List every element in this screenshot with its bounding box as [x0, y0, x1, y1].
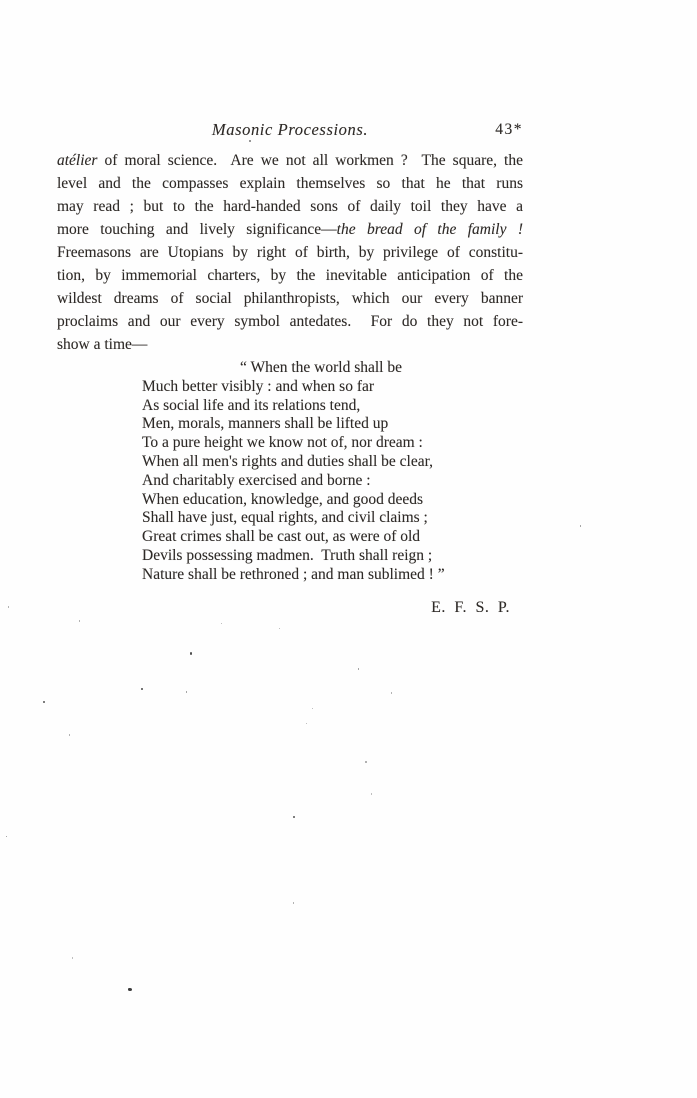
poem-line: Nature shall be rethroned ; and man subl…	[142, 566, 492, 585]
scan-speck	[365, 761, 367, 763]
scan-speck	[186, 691, 187, 693]
line-text: wildest dreams of social philanthropists…	[57, 290, 523, 307]
paragraph-line: Freemasons are Utopians by right of birt…	[57, 241, 523, 264]
italic-lead-word: atélier	[57, 152, 97, 169]
poem-line: When all men's rights and duties shall b…	[142, 453, 492, 472]
scan-speck	[72, 957, 73, 959]
scan-speck	[6, 836, 7, 837]
paragraph-line: proclaims and our every symbol antedates…	[57, 310, 523, 333]
scan-speck	[221, 623, 222, 624]
scan-speck	[128, 988, 132, 991]
paragraph-line: level and the compasses explain themselv…	[57, 172, 523, 195]
poem-line: When education, knowledge, and good deed…	[142, 491, 492, 510]
line-text: may read ; but to the hard-handed sons o…	[57, 198, 523, 215]
scan-speck	[69, 734, 70, 736]
scan-speck	[371, 793, 372, 795]
poem-line: Devils possessing madmen. Truth shall re…	[142, 547, 492, 566]
author-initials: E. F. S. P.	[57, 599, 523, 617]
paragraph-line: more touching and lively significance—th…	[57, 218, 523, 241]
scan-speck	[293, 902, 294, 904]
page-header: Masonic Processions. 43*	[57, 120, 523, 142]
scan-speck	[580, 525, 581, 527]
line-text: proclaims and our every symbol antedates…	[57, 313, 523, 330]
scan-speck	[306, 723, 307, 724]
poem-quotation: “ When the world shall be Much better vi…	[142, 359, 492, 585]
scan-speck	[249, 140, 251, 142]
scan-speck	[358, 668, 359, 670]
line-text: more touching and lively significance—	[57, 221, 337, 238]
scan-speck	[312, 708, 313, 709]
scan-speck	[79, 620, 80, 622]
page-number: 43*	[495, 121, 523, 139]
book-page: Masonic Processions. 43* atélier of mora…	[0, 0, 697, 1098]
line-text: Freemasons are Utopians by right of birt…	[57, 244, 523, 261]
scan-speck	[190, 652, 192, 655]
scan-speck	[391, 692, 392, 694]
italic-phrase: the bread of the family !	[337, 221, 523, 238]
paragraph-line: show a time—	[57, 333, 523, 356]
running-title: Masonic Processions.	[57, 120, 523, 140]
scan-speck	[293, 816, 295, 818]
line-text: level and the compasses explain themselv…	[57, 175, 523, 192]
poem-line: Much better visibly : and when so far	[142, 378, 492, 397]
paragraph-line: atélier of moral science. Are we not all…	[57, 149, 523, 172]
paragraph-line: wildest dreams of social philanthropists…	[57, 287, 523, 310]
scan-speck	[279, 628, 280, 629]
poem-line: “ When the world shall be	[142, 359, 492, 378]
line-text: tion, by immemorial charters, by the ine…	[57, 267, 523, 284]
scan-speck	[141, 688, 143, 690]
poem-line: And charitably exercised and borne :	[142, 472, 492, 491]
line-text: of moral science. Are we not all workmen…	[97, 152, 523, 169]
paragraph-line: tion, by immemorial charters, by the ine…	[57, 264, 523, 287]
line-text: show a time—	[57, 336, 147, 353]
poem-line: To a pure height we know not of, nor dre…	[142, 434, 492, 453]
body-paragraph: atélier of moral science. Are we not all…	[57, 149, 523, 356]
poem-line: Men, morals, manners shall be lifted up	[142, 415, 492, 434]
poem-line: As social life and its relations tend,	[142, 397, 492, 416]
poem-line: Great crimes shall be cast out, as were …	[142, 528, 492, 547]
scan-speck	[43, 701, 45, 703]
paragraph-line: may read ; but to the hard-handed sons o…	[57, 195, 523, 218]
scan-speck	[8, 606, 9, 608]
poem-line: Shall have just, equal rights, and civil…	[142, 509, 492, 528]
